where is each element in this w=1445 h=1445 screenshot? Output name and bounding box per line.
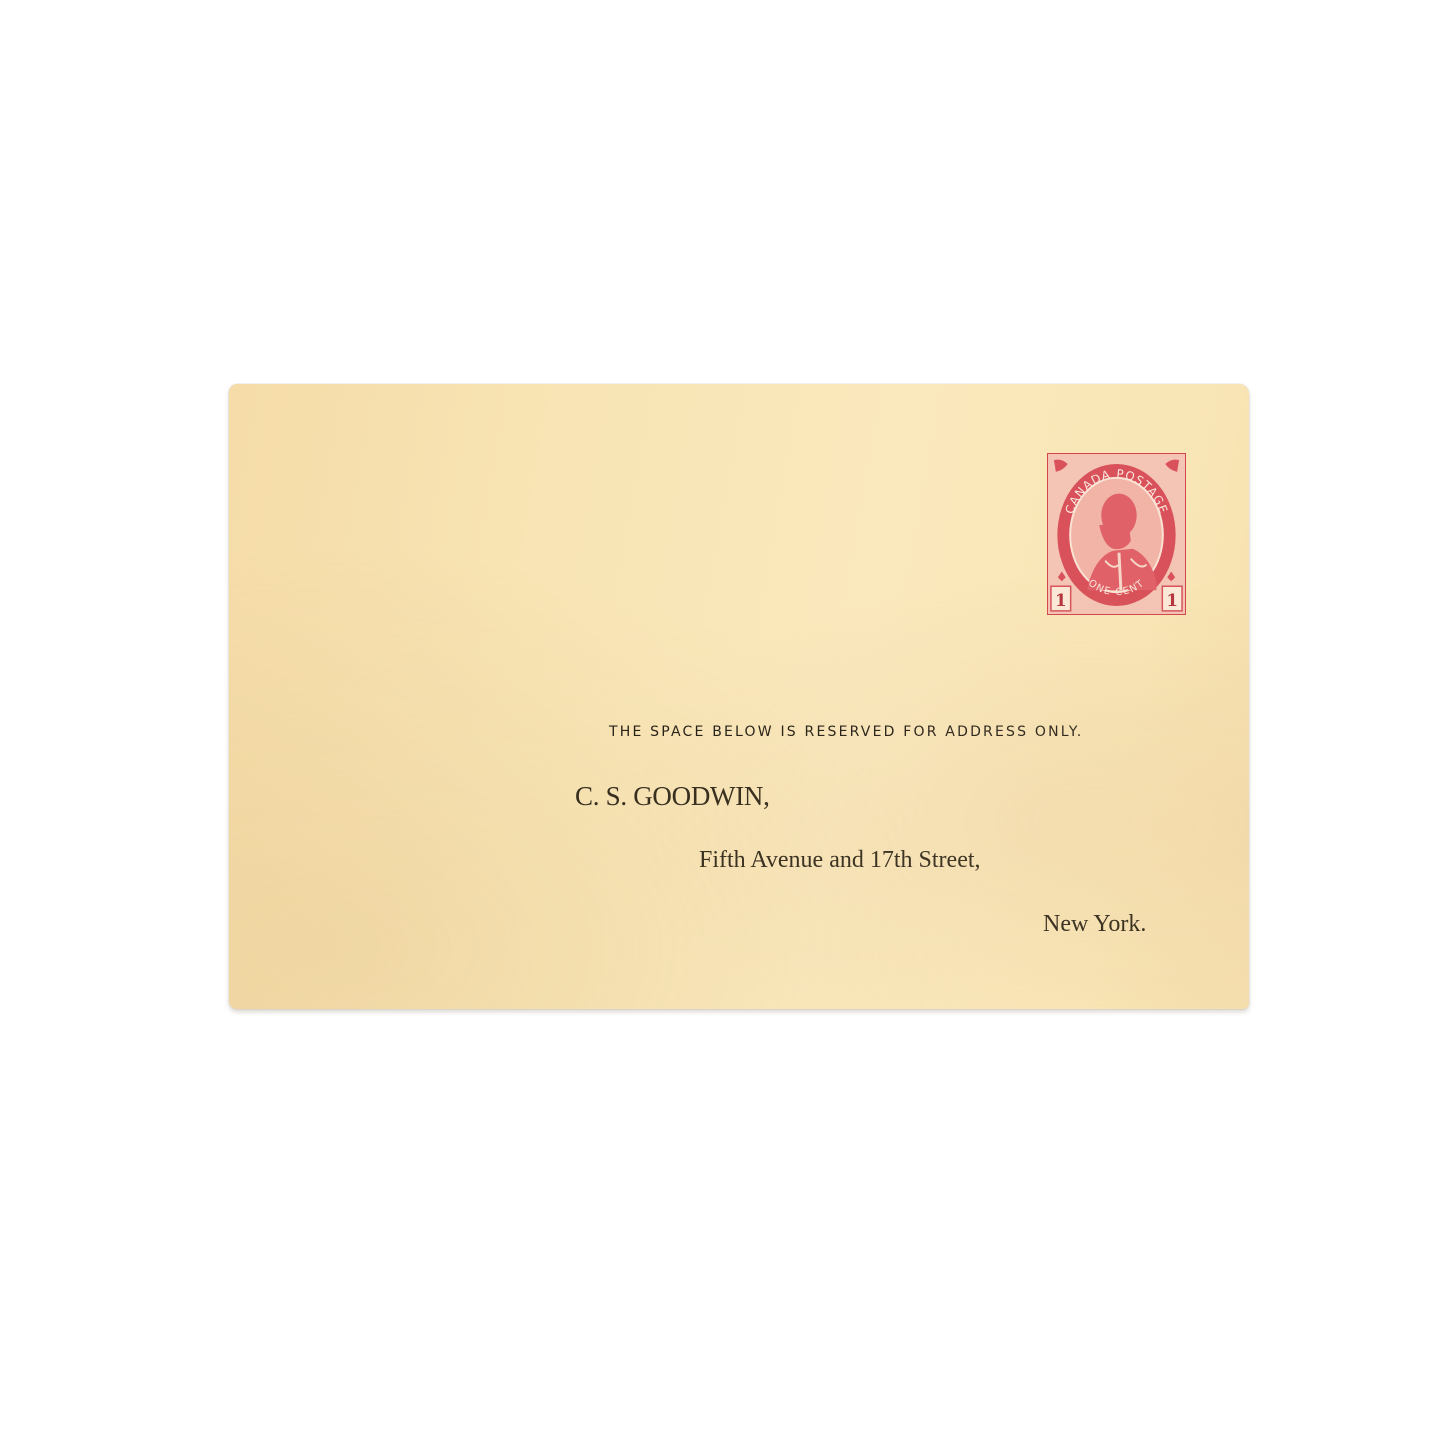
svg-text:1: 1	[1055, 590, 1067, 610]
address-notice: THE SPACE BELOW IS RESERVED FOR ADDRESS …	[609, 724, 1083, 740]
postcard: CANADA POSTAGE ONE CENT 1 1 THE SPACE BE…	[229, 384, 1249, 1009]
recipient-city: New York.	[1043, 911, 1146, 938]
recipient-street: Fifth Avenue and 17th Street,	[699, 847, 981, 874]
svg-text:1: 1	[1166, 590, 1178, 610]
recipient-name: C. S. GOODWIN,	[575, 781, 770, 812]
postage-stamp: CANADA POSTAGE ONE CENT 1 1	[1047, 453, 1186, 615]
